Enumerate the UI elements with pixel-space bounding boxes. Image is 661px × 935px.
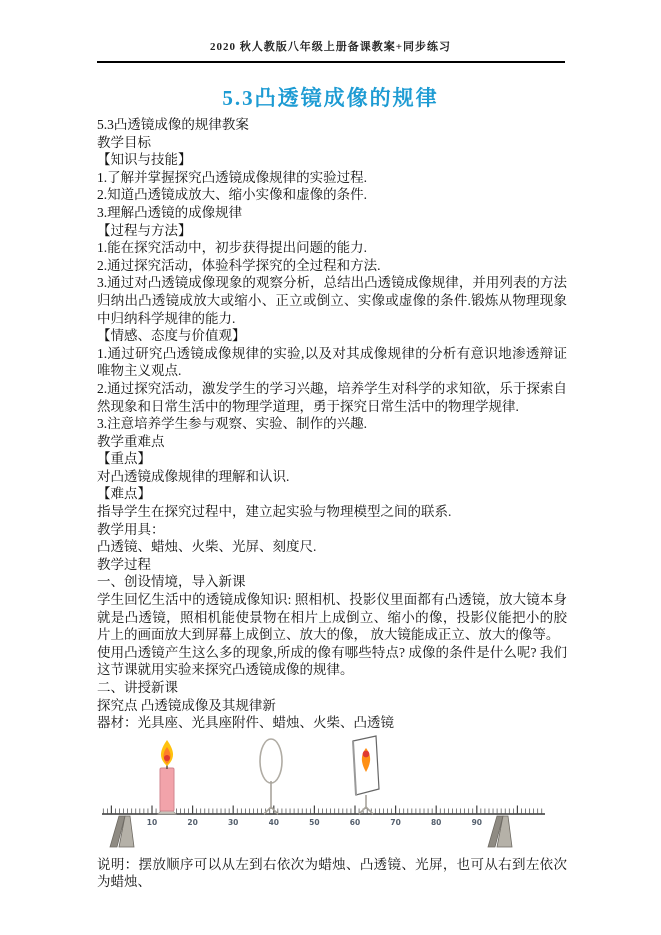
paragraph: 一、创设情境，导入新课 [97, 573, 567, 591]
screen [353, 736, 379, 814]
paragraph: 【过程与方法】 [97, 222, 567, 240]
paragraph: 1.了解并掌握探究凸透镜成像规律的实验过程. [97, 169, 567, 187]
optical-bench-figure: 102030405060708090 [99, 734, 557, 852]
paragraph: 2.通过探究活动，激发学生的学习兴趣，培养学生对科学的求知欲，乐于探索自然现象和… [97, 380, 567, 415]
svg-text:70: 70 [390, 818, 400, 827]
paragraph: 凸透镜、蜡烛、火柴、光屏、刻度尺. [97, 538, 567, 556]
paragraph: 1.能在探究活动中，初步获得提出问题的能力. [97, 239, 567, 257]
candle-body [160, 768, 174, 811]
paragraph: 指导学生在探究过程中，建立起实验与物理模型之间的联系. [97, 503, 567, 521]
paragraph: 探究点 凸透镜成像及其规律新 [97, 697, 567, 715]
svg-text:40: 40 [269, 818, 279, 827]
bench-right-foot [488, 816, 512, 847]
document-body: 5.3凸透镜成像的规律教案 教学目标 【知识与技能】 1.了解并掌握探究凸透镜成… [97, 116, 567, 891]
paragraph: 3.注意培养学生参与观察、实验、制作的兴趣. [97, 415, 567, 433]
bench-left-foot [110, 816, 134, 847]
svg-text:50: 50 [309, 818, 319, 827]
svg-text:60: 60 [350, 818, 360, 827]
ruler-labels: 102030405060708090 [147, 818, 482, 827]
paragraph: 2.知道凸透镜成放大、缩小实像和虚像的条件. [97, 186, 567, 204]
figure-note: 说明：摆放顺序可以从左到右依次为蜡烛、凸透镜、光屏，也可从右到左依次为蜡烛、 [97, 856, 567, 891]
paragraph: 教学目标 [97, 134, 567, 152]
paragraph: 教学用具： [97, 521, 567, 539]
page-header: 2020 秋人教版八年级上册备课教案+同步练习 [0, 40, 661, 54]
flame-core [164, 755, 170, 761]
paragraph: 1.通过研究凸透镜成像规律的实验,以及对其成像规律的分析有意识地渗透辩证唯物主义… [97, 345, 567, 380]
header-divider [97, 61, 565, 63]
paragraph: 3.通过对凸透镜成像现象的观察分析，总结出凸透镜成像规律，并用列表的方法归纳出凸… [97, 274, 567, 327]
candle [158, 740, 176, 814]
paragraph: 教学过程 [97, 556, 567, 574]
paragraph: 对凸透镜成像规律的理解和认识. [97, 468, 567, 486]
svg-text:80: 80 [431, 818, 441, 827]
convex-lens [260, 739, 282, 814]
paragraph: 【难点】 [97, 485, 567, 503]
paragraph: 3.理解凸透镜的成像规律 [97, 204, 567, 222]
paragraph: 【知识与技能】 [97, 151, 567, 169]
lens-tripod [264, 807, 278, 814]
svg-text:90: 90 [472, 818, 482, 827]
paragraph: 二、讲授新课 [97, 679, 567, 697]
svg-text:20: 20 [187, 818, 197, 827]
paragraph: 教学重难点 [97, 433, 567, 451]
page-title: 5.3凸透镜成像的规律 [0, 85, 661, 111]
paragraph: 【情感、态度与价值观】 [97, 327, 567, 345]
paragraph: 使用凸透镜产生这么多的现象,所成的像有哪些特点? 成像的条件是什么呢? 我们这节… [97, 644, 567, 679]
screen-flame-core [363, 750, 370, 757]
svg-text:30: 30 [228, 818, 238, 827]
document-page: 2020 秋人教版八年级上册备课教案+同步练习 5.3凸透镜成像的规律 5.3凸… [0, 0, 661, 935]
paragraph: 【重点】 [97, 450, 567, 468]
paragraph-list: 5.3凸透镜成像的规律教案 教学目标 【知识与技能】 1.了解并掌握探究凸透镜成… [97, 116, 567, 732]
svg-text:10: 10 [147, 818, 157, 827]
paragraph: 2.通过探究活动，体验科学探究的全过程和方法. [97, 257, 567, 275]
paragraph: 5.3凸透镜成像的规律教案 [97, 116, 567, 134]
paragraph: 学生回忆生活中的透镜成像知识: 照相机、投影仪里面都有凸透镜，放大镜本身就是凸透… [97, 591, 567, 644]
optical-bench-svg: 102030405060708090 [99, 734, 557, 852]
paragraph: 器材：光具座、光具座附件、蜡烛、火柴、凸透镜 [97, 714, 567, 732]
